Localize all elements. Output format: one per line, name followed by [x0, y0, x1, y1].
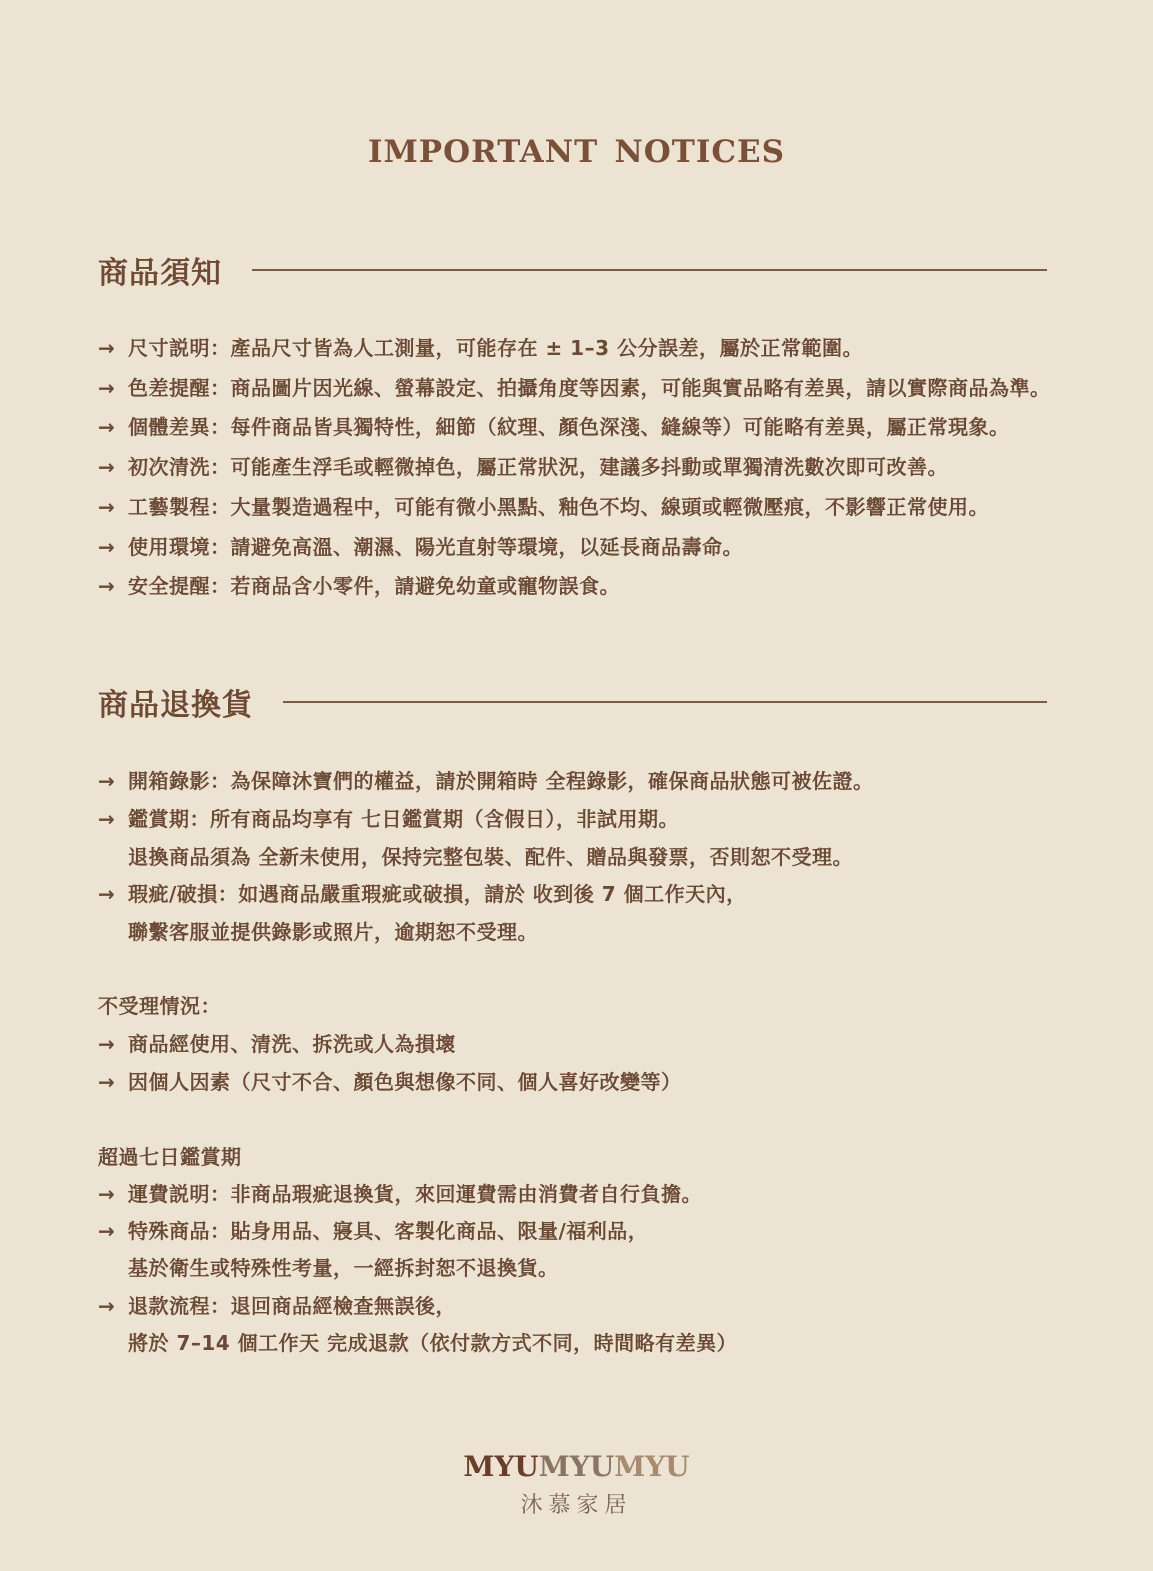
brand-subtitle: 沐慕家居: [0, 1488, 1153, 1519]
notice-item: →初次清洗：可能產生浮毛或輕微掉色，屬正常狀況，建議多抖動或單獨清洗數次即可改善…: [98, 451, 948, 480]
arrow-right-icon: →: [98, 455, 128, 479]
return-item-continuation: 退換商品須為 全新未使用，保持完整包裝、配件、贈品與發票，否則恕不受理。: [98, 841, 853, 870]
divider-line: [283, 701, 1047, 703]
section-heading-returns: 商品退換貨: [98, 680, 1047, 724]
not-accepted-item: →商品經使用、清洗、拆洗或人為損壞: [98, 1028, 456, 1057]
arrow-right-icon: →: [98, 1294, 128, 1318]
arrow-right-icon: →: [98, 574, 128, 598]
arrow-right-icon: →: [98, 807, 128, 831]
brand-word: MYU: [614, 1450, 689, 1483]
notice-item: →安全提醒：若商品含小零件，請避免幼童或寵物誤食。: [98, 570, 620, 599]
notice-item: →工藝製程：大量製造過程中，可能有微小黑點、釉色不均、線頭或輕微壓痕，不影響正常…: [98, 491, 989, 520]
return-item: →鑑賞期：所有商品均享有 七日鑑賞期（含假日），非試用期。: [98, 803, 679, 832]
arrow-right-icon: →: [98, 535, 128, 559]
over-seven-days-label: 超過七日鑑賞期: [98, 1141, 242, 1170]
over-seven-days-item: →運費説明：非商品瑕疵退換貨，來回運費需由消費者自行負擔。: [98, 1178, 702, 1207]
arrow-right-icon: →: [98, 882, 128, 906]
notice-item: →色差提醒：商品圖片因光線、螢幕設定、拍攝角度等因素，可能與實品略有差異，請以實…: [98, 372, 1051, 401]
brand-logo: MYUMYUMYU: [0, 1450, 1153, 1483]
arrow-right-icon: →: [98, 376, 128, 400]
over-seven-days-item: →特殊商品：貼身用品、寢具、客製化商品、限量/福利品，: [98, 1215, 648, 1244]
notice-item: →個體差異：每件商品皆具獨特性，細節（紋理、顏色深淺、縫線等）可能略有差異，屬正…: [98, 411, 1010, 440]
arrow-right-icon: →: [98, 1182, 128, 1206]
arrow-right-icon: →: [98, 769, 128, 793]
return-item-continuation: 聯繫客服並提供錄影或照片，逾期恕不受理。: [98, 916, 538, 945]
section-heading-product-notice: 商品須知: [98, 248, 1047, 292]
section-title: 商品須知: [98, 248, 222, 292]
over-seven-days-continuation: 基於衛生或特殊性考量，一經拆封恕不退換貨。: [98, 1252, 559, 1281]
return-item: →瑕疵/破損：如遇商品嚴重瑕疵或破損，請於 收到後 7 個工作天內，: [98, 878, 747, 907]
brand-word: MYU: [539, 1450, 614, 1483]
arrow-right-icon: →: [98, 415, 128, 439]
notice-item: →尺寸説明：產品尺寸皆為人工測量，可能存在 ± 1–3 公分誤差，屬於正常範圍。: [98, 332, 863, 361]
arrow-right-icon: →: [98, 1219, 128, 1243]
over-seven-days-item: →退款流程：退回商品經檢查無誤後，: [98, 1290, 456, 1319]
notice-item: →使用環境：請避免高溫、潮濕、陽光直射等環境，以延長商品壽命。: [98, 531, 743, 560]
arrow-right-icon: →: [98, 495, 128, 519]
arrow-right-icon: →: [98, 336, 128, 360]
arrow-right-icon: →: [98, 1032, 128, 1056]
page-title: IMPORTANT NOTICES: [0, 122, 1153, 173]
divider-line: [252, 269, 1047, 271]
arrow-right-icon: →: [98, 1070, 128, 1094]
section-title: 商品退換貨: [98, 680, 253, 724]
return-item: →開箱錄影：為保障沐寶們的權益，請於開箱時 全程錄影，確保商品狀態可被佐證。: [98, 765, 873, 794]
not-accepted-label: 不受理情況：: [98, 990, 221, 1019]
brand-word: MYU: [463, 1450, 538, 1483]
not-accepted-item: →因個人因素（尺寸不合、顏色與想像不同、個人喜好改變等）: [98, 1066, 682, 1095]
over-seven-days-continuation: 將於 7–14 個工作天 完成退款（依付款方式不同，時間略有差異）: [98, 1327, 737, 1356]
